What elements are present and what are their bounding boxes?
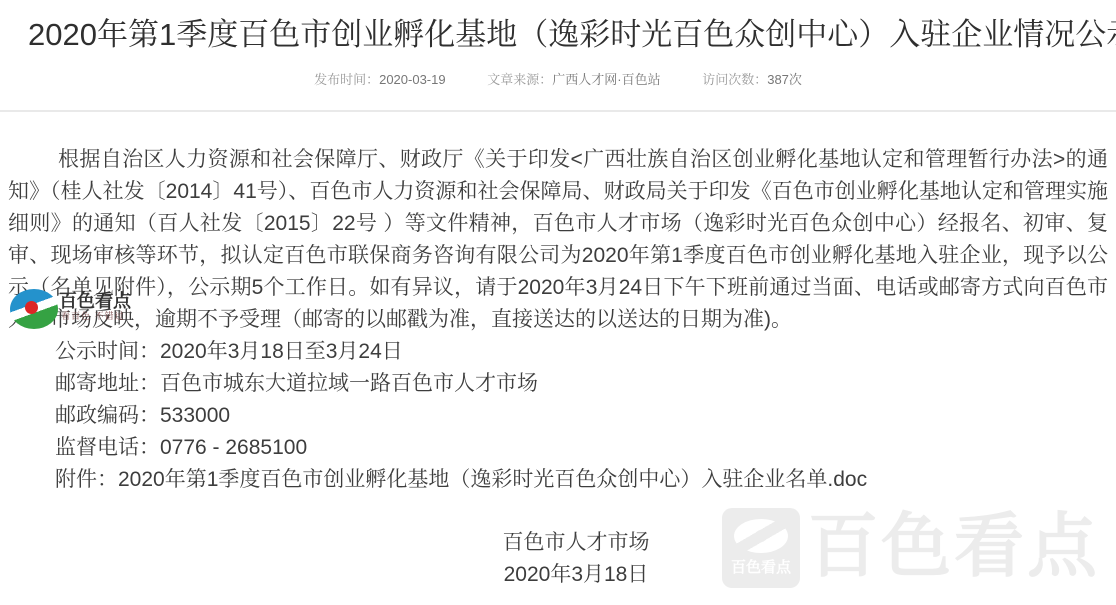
article-source-label: 文章来源： <box>487 72 552 87</box>
info-list: 公示时间：2020年3月18日至3月24日 邮寄地址：百色市城东大道拉域一路百色… <box>8 336 1108 496</box>
visit-count: 访问次数：387次 <box>702 72 802 88</box>
publish-time-value: 2020-03-19 <box>379 72 446 87</box>
swirl-logo-icon <box>734 519 788 553</box>
header-divider <box>0 110 1116 112</box>
publish-time: 发布时间：2020-03-19 <box>314 72 446 88</box>
corner-watermark-badge-label: 百色看点 <box>722 560 800 576</box>
article-meta: 发布时间：2020-03-19 文章来源：广西人才网·百色站 访问次数：387次 <box>0 72 1116 88</box>
publish-time-label: 发布时间： <box>314 72 379 87</box>
announcement-paragraph: 根据自治区人力资源和社会保障厅、财政厅《关于印发<广西壮族自治区创业孵化基地认定… <box>8 144 1108 336</box>
corner-watermark-badge: 百色看点 <box>722 508 800 588</box>
mailing-address-line: 邮寄地址：百色市城东大道拉域一路百色市人才市场 <box>8 368 1108 400</box>
corner-watermark-text: 百色看点 <box>808 502 1100 590</box>
attachment-link[interactable]: 附件：2020年第1季度百色市创业孵化基地（逸彩时光百色众创中心）入驻企业名单.… <box>8 464 1108 496</box>
swirl-logo-dot-icon <box>755 530 767 542</box>
site-logo-icon <box>10 289 58 329</box>
page-title: 2020年第1季度百色市创业孵化基地（逸彩时光百色众创中心）入驻企业情况公示 <box>0 0 1116 57</box>
supervision-phone-line: 监督电话：0776 - 2685100 <box>8 432 1108 464</box>
postal-code-line: 邮政编码：533000 <box>8 400 1108 432</box>
visit-count-label: 访问次数： <box>702 72 767 87</box>
site-logo-watermark-subtitle: 看百色 不错过 <box>61 311 125 321</box>
article-source: 文章来源：广西人才网·百色站 <box>487 72 660 88</box>
article-source-value: 广西人才网·百色站 <box>552 72 660 87</box>
publicity-period-line: 公示时间：2020年3月18日至3月24日 <box>8 336 1108 368</box>
site-logo-red-dot-icon <box>25 301 38 314</box>
visit-count-value: 387次 <box>767 72 802 87</box>
site-logo-watermark-title: 百色看点 <box>59 291 131 311</box>
